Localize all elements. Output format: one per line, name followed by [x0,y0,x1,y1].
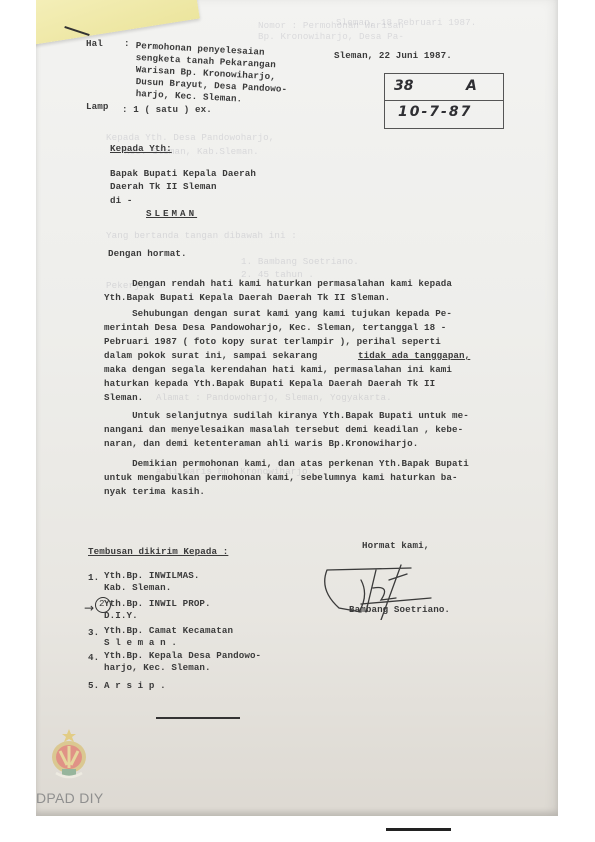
registration-code: A [466,78,477,94]
addressee-line: Bapak Bupati Kepala Daerah [110,168,256,179]
body-line: naran, dan demi ketenteraman ahli waris … [104,438,418,449]
sticky-note [36,0,200,45]
cc-item-line: D.I.Y. [104,610,138,621]
registration-date: 10-7-87 [398,104,472,120]
salutation: Dengan hormat. [108,248,187,259]
end-divider [156,717,240,719]
archive-watermark: DPAD DIY [36,790,104,806]
body-line: Demikian permohonan kami, dan atas perke… [104,458,469,469]
body-line: Dengan rendah hati kami haturkan permasa… [104,278,452,289]
page-marker-bar [386,828,451,831]
body-line: Sehubungan dengan surat kami yang kami t… [104,308,452,319]
document-page: Nomor : Permohonan Warisan Bp. Kronowiha… [36,0,558,816]
underlined-phrase: tidak ada tanggapan, [358,350,470,361]
addressee-line: Daerah Tk II Sleman [110,181,217,192]
show-through-line: Sleman, 18 Pebruari 1987. [336,17,476,28]
show-through-line: 1. Bambang Soetriano. [241,256,359,267]
subject-label: Hal [86,38,103,49]
attachment-label: Lamp [86,101,108,112]
stamp-divider [385,100,503,101]
body-line: untuk mengabulkan permohonan kami, sebel… [104,472,458,483]
cc-item-number: 5. [88,680,99,691]
show-through-line: Yang bertanda tangan dibawah ini : [106,230,297,241]
body-line: Yth.Bapak Bupati Kepala Daerah Daerah Tk… [104,292,390,303]
closing: Hormat kami, [362,540,429,551]
cc-item-number: 4. [88,652,99,663]
addressee-city: SLEMAN [146,208,197,219]
addressee-heading: Kepada Yth: [110,143,172,154]
cc-item-line: Yth.Bp. INWILMAS. [104,570,199,581]
cc-item-line: harjo, Kec. Sleman. [104,662,211,673]
registration-number: 38 [394,78,413,94]
body-line: Untuk selanjutnya sudilah kiranya Yth.Ba… [104,410,469,421]
show-through-line: Alamat : Pandowoharjo, Sleman, Yogyakart… [156,392,392,403]
body-line: Pebruari 1987 ( foto kopy surat terlampi… [104,336,441,347]
show-through-line: Bp. Kronowiharjo, Desa Pa- [258,31,404,42]
cc-item-line: Yth.Bp. Kepala Desa Pandowo- [104,650,261,661]
body-line: haturkan kepada Yth.Bapak Bupati Kepala … [104,378,435,389]
cc-item-number: 1. [88,572,99,583]
cc-item-line: Yth.Bp. Camat Kecamatan [104,625,233,636]
subject-colon: : [124,38,130,49]
coat-of-arms-icon [50,729,88,781]
cc-item-line: A r s i p . [104,680,166,691]
body-line: dalam pokok surat ini, sampai sekarang [104,350,323,361]
cc-item-line: Yth.Bp. INWIL PROP. [104,598,211,609]
body-line: nyak terima kasih. [104,486,205,497]
body-line: Sleman. [104,392,143,403]
cc-item-line: S l e m a n . [104,637,177,648]
cc-heading: Tembusan dikirim Kepada : [88,546,228,557]
cc-item-number: 3. [88,627,99,638]
show-through-line: Kepada Yth. Desa Pandowoharjo, [106,132,274,143]
body-line: merintah Desa Desa Pandowoharjo, Kec. Sl… [104,322,446,333]
body-line: maka dengan segala kerendahan hati kami,… [104,364,452,375]
addressee-line: di - [110,195,132,206]
signatory-name: Bambang Soetriano. [349,604,450,615]
attachment-value: : 1 ( satu ) ex. [122,104,212,115]
arrow-icon: → [84,601,94,615]
place-date: Sleman, 22 Juni 1987. [334,50,452,61]
cc-item-line: Kab. Sleman. [104,582,171,593]
body-line: nangani dan menyelesaikan masalah terseb… [104,424,463,435]
